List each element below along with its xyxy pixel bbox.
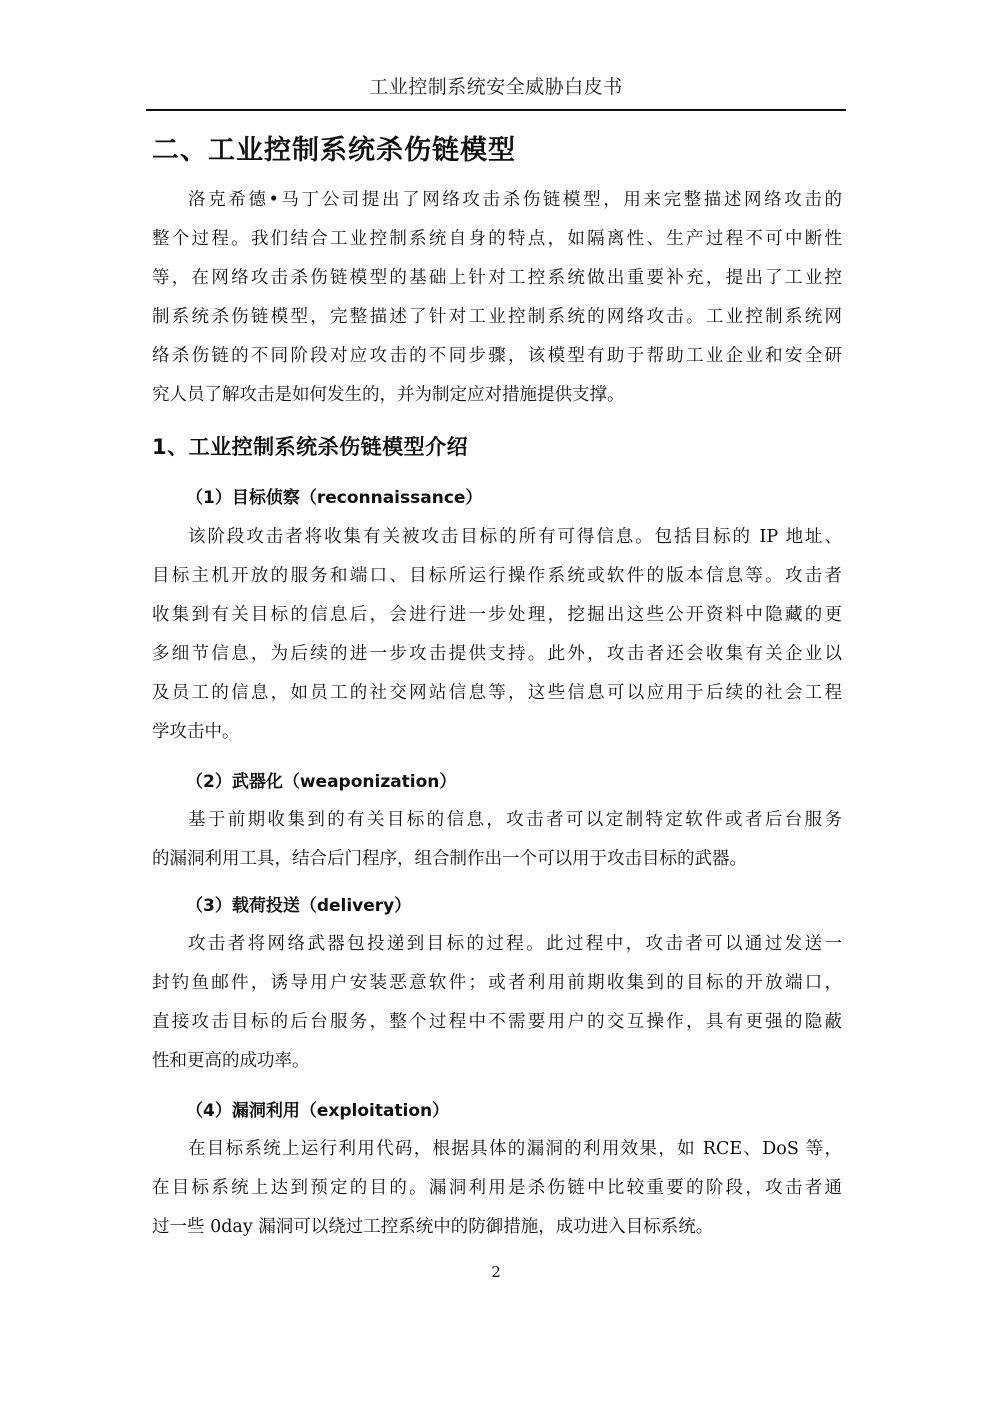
- paragraph-line: 制系统杀伤链模型，完整描述了针对工业控制系统的网络攻击。工业控制系统网: [152, 303, 842, 328]
- page-number: 2: [0, 1263, 992, 1281]
- paragraph-line: 封钓鱼邮件，诱导用户安装恶意软件；或者利用前期收集到的目标的开放端口，: [152, 969, 842, 994]
- paragraph-line: 收集到有关目标的信息后，会进行进一步处理，挖掘出这些公开资料中隐藏的更: [152, 601, 842, 626]
- paragraph-line: 及员工的信息，如员工的社交网站信息等，这些信息可以应用于后续的社会工程: [152, 679, 842, 704]
- paragraph-line: 在目标系统上达到预定的目的。漏洞利用是杀伤链中比较重要的阶段，攻击者通: [152, 1174, 842, 1199]
- paragraph-line: 在目标系统上运行利用代码，根据具体的漏洞的利用效果，如 RCE、DoS 等，: [188, 1135, 842, 1160]
- stage-title: （1）目标侦察（reconnaissance）: [186, 483, 482, 508]
- section-heading: 二、工业控制系统杀伤链模型: [152, 128, 516, 167]
- paragraph-line: 过一些 0day 漏洞可以绕过工控系统中的防御措施，成功进入目标系统。: [152, 1213, 842, 1238]
- paragraph-line: 等，在网络攻击杀伤链模型的基础上针对工控系统做出重要补充，提出了工业控: [152, 264, 842, 289]
- paragraph-line: 整个过程。我们结合工业控制系统自身的特点，如隔离性、生产过程不可中断性: [152, 225, 842, 250]
- paragraph-line: 该阶段攻击者将收集有关被攻击目标的所有可得信息。包括目标的 IP 地址、: [188, 523, 842, 548]
- stage-title: （2）武器化（weaponization）: [186, 767, 456, 792]
- paragraph-line: 络杀伤链的不同阶段对应攻击的不同步骤，该模型有助于帮助工业企业和安全研: [152, 342, 842, 367]
- paragraph-line: 基于前期收集到的有关目标的信息，攻击者可以定制特定软件或者后台服务: [188, 806, 842, 831]
- paragraph-line: 究人员了解攻击是如何发生的，并为制定应对措施提供支撑。: [152, 381, 842, 406]
- paragraph-line: 洛克希德•马丁公司提出了网络攻击杀伤链模型，用来完整描述网络攻击的: [188, 186, 842, 211]
- stage-title: （3）载荷投送（delivery）: [186, 891, 411, 916]
- paragraph-line: 性和更高的成功率。: [152, 1047, 842, 1072]
- page-header-title: 工业控制系统安全威胁白皮书: [0, 72, 992, 99]
- subsection-heading: 1、工业控制系统杀伤链模型介绍: [152, 431, 468, 461]
- stage-title: （4）漏洞利用（exploitation）: [186, 1096, 449, 1121]
- paragraph-line: 多细节信息，为后续的进一步攻击提供支持。此外，攻击者还会收集有关企业以: [152, 640, 842, 665]
- paragraph-line: 直接攻击目标的后台服务，整个过程中不需要用户的交互操作，具有更强的隐蔽: [152, 1008, 842, 1033]
- paragraph-line: 目标主机开放的服务和端口、目标所运行操作系统或软件的版本信息等。攻击者: [152, 562, 842, 587]
- paragraph-line: 攻击者将网络武器包投递到目标的过程。此过程中，攻击者可以通过发送一: [188, 930, 842, 955]
- header-rule: [146, 109, 846, 111]
- paragraph-line: 的漏洞利用工具，结合后门程序，组合制作出一个可以用于攻击目标的武器。: [152, 845, 842, 870]
- paragraph-line: 学攻击中。: [152, 718, 842, 743]
